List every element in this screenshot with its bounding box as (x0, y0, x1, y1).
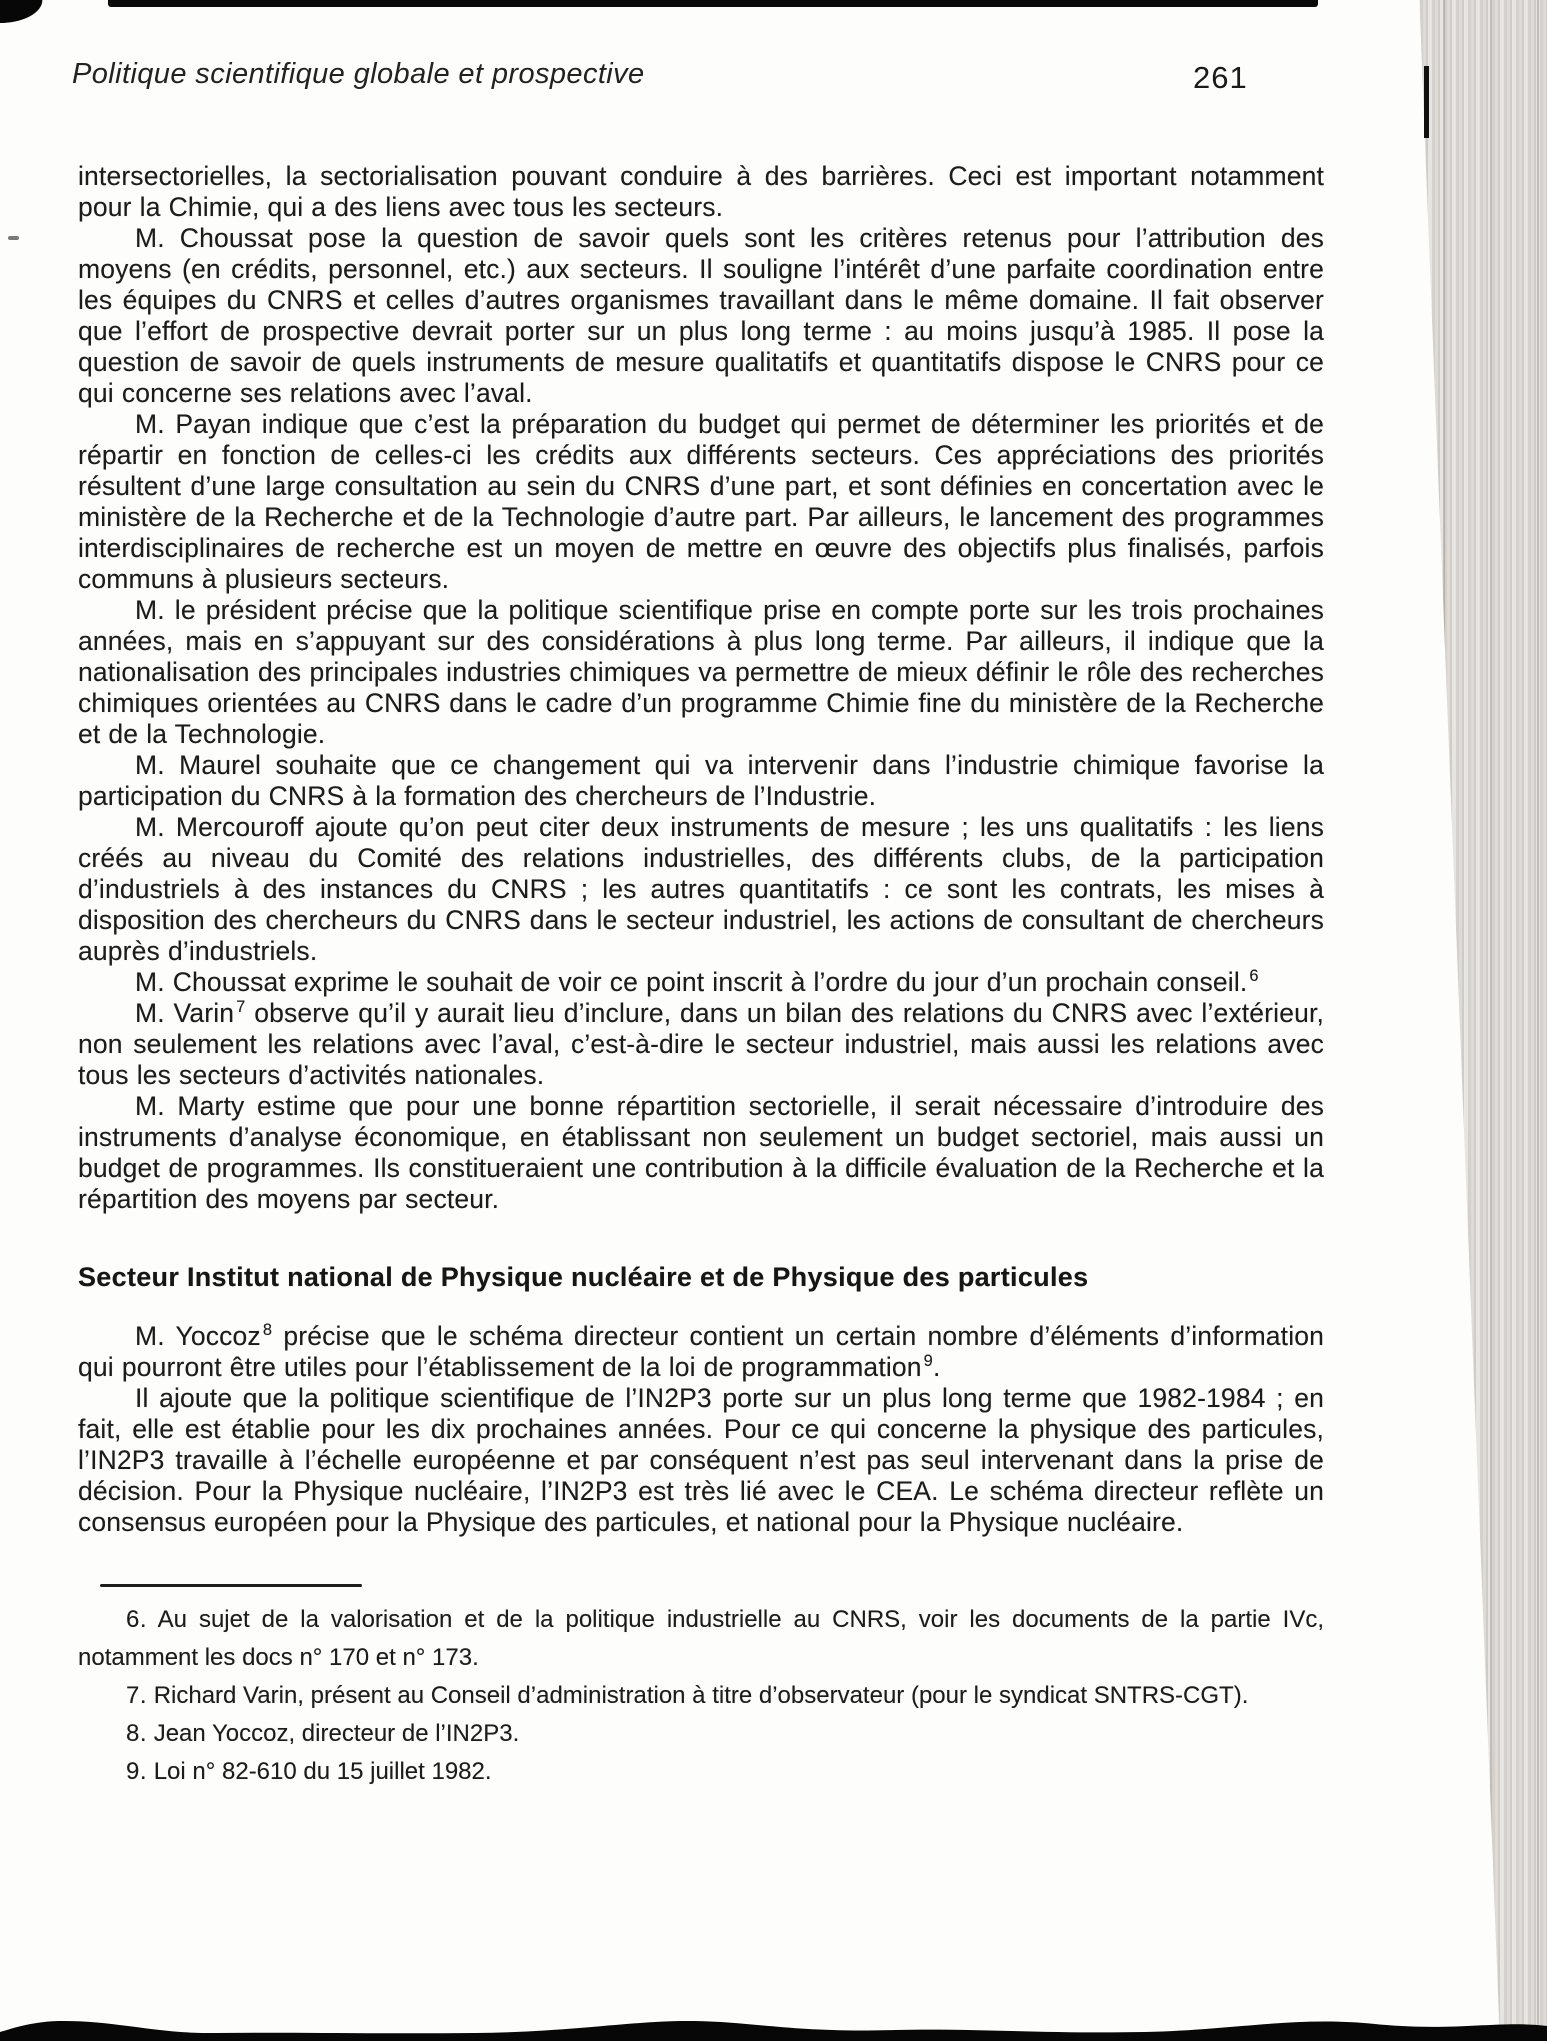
body-paragraph-continuation: intersectorielles, la sectorialisation p… (78, 161, 1324, 223)
paragraph-text: M. Marty estime que pour une bonne répar… (78, 1091, 1324, 1214)
footnote-text: Loi n° 82-610 du 15 juillet 1982. (154, 1758, 492, 1785)
body-paragraph-president: M. le président précise que la politique… (78, 595, 1324, 750)
paragraph-text: intersectorielles, la sectorialisation p… (78, 161, 1324, 222)
body-paragraph-varin: M. Varin7 observe qu’il y aurait lieu d’… (78, 998, 1324, 1091)
footnote-rule (100, 1584, 362, 1587)
section-heading: Secteur Institut national de Physique nu… (78, 1262, 1324, 1293)
paragraph-text: M. Payan indique que c’est la préparatio… (78, 409, 1324, 594)
paragraph-text: M. Varin (135, 998, 234, 1028)
body-paragraph-choussat-1: M. Choussat pose la question de savoir q… (78, 223, 1324, 409)
scan-bottom-edge (0, 2005, 1547, 2041)
footnote-ref-9: 9 (924, 1352, 933, 1370)
paragraph-text: Il ajoute que la politique scientifique … (78, 1383, 1324, 1537)
footnote-number: 8. (126, 1720, 147, 1747)
footnote-ref-6: 6 (1249, 967, 1258, 985)
footnote-text: Au sujet de la valorisation et de la pol… (78, 1606, 1324, 1671)
paragraph-text: observe qu’il y aurait lieu d’inclure, d… (78, 998, 1324, 1090)
book-fore-edge (1327, 0, 1547, 2041)
footnotes-block: 6. Au sujet de la valorisation et de la … (78, 1601, 1324, 1791)
paragraph-text: M. Maurel souhaite que ce changement qui… (78, 750, 1324, 811)
footnote-ref-8: 8 (263, 1321, 272, 1339)
paragraph-text: M. Yoccoz (135, 1321, 261, 1351)
body-paragraph-marty: M. Marty estime que pour une bonne répar… (78, 1091, 1324, 1215)
body-paragraph-yoccoz: M. Yoccoz8 précise que le schéma directe… (78, 1321, 1324, 1383)
body-paragraph-payan: M. Payan indique que c’est la préparatio… (78, 409, 1324, 595)
footnote-number: 6. (126, 1606, 147, 1633)
scan-top-edge (108, 0, 1318, 7)
footnote-8: 8. Jean Yoccoz, directeur de l’IN2P3. (78, 1715, 1324, 1753)
page-number: 261 (1193, 60, 1248, 96)
paragraph-text: M. Mercouroff ajoute qu’on peut citer de… (78, 812, 1324, 966)
footnote-number: 7. (126, 1682, 147, 1709)
body-paragraph-in2p3: Il ajoute que la politique scientifique … (78, 1383, 1324, 1538)
footnote-7: 7. Richard Varin, présent au Conseil d’a… (78, 1677, 1324, 1715)
footnote-9: 9. Loi n° 82-610 du 15 juillet 1982. (78, 1753, 1324, 1791)
body-paragraph-mercouroff: M. Mercouroff ajoute qu’on peut citer de… (78, 812, 1324, 967)
scanned-page: Politique scientifique globale et prospe… (0, 0, 1547, 2041)
paragraph-text: M. le président précise que la politique… (78, 595, 1324, 749)
footnote-6: 6. Au sujet de la valorisation et de la … (78, 1601, 1324, 1677)
body-paragraph-maurel: M. Maurel souhaite que ce changement qui… (78, 750, 1324, 812)
paragraph-text: M. Choussat exprime le souhait de voir c… (135, 967, 1247, 997)
running-head-title: Politique scientifique globale et prospe… (72, 58, 645, 91)
paragraph-text: . (933, 1352, 941, 1382)
footnote-text: Richard Varin, présent au Conseil d’admi… (154, 1682, 1249, 1709)
footnote-text: Jean Yoccoz, directeur de l’IN2P3. (154, 1720, 520, 1747)
scan-margin-speck (8, 236, 19, 240)
paragraph-text: M. Choussat pose la question de savoir q… (78, 223, 1324, 408)
scan-edge-mark (1424, 66, 1429, 138)
footnote-number: 9. (126, 1758, 147, 1785)
body-paragraph-choussat-2: M. Choussat exprime le souhait de voir c… (78, 967, 1324, 998)
scan-corner-shadow (0, 0, 70, 38)
text-column: intersectorielles, la sectorialisation p… (78, 161, 1324, 1791)
